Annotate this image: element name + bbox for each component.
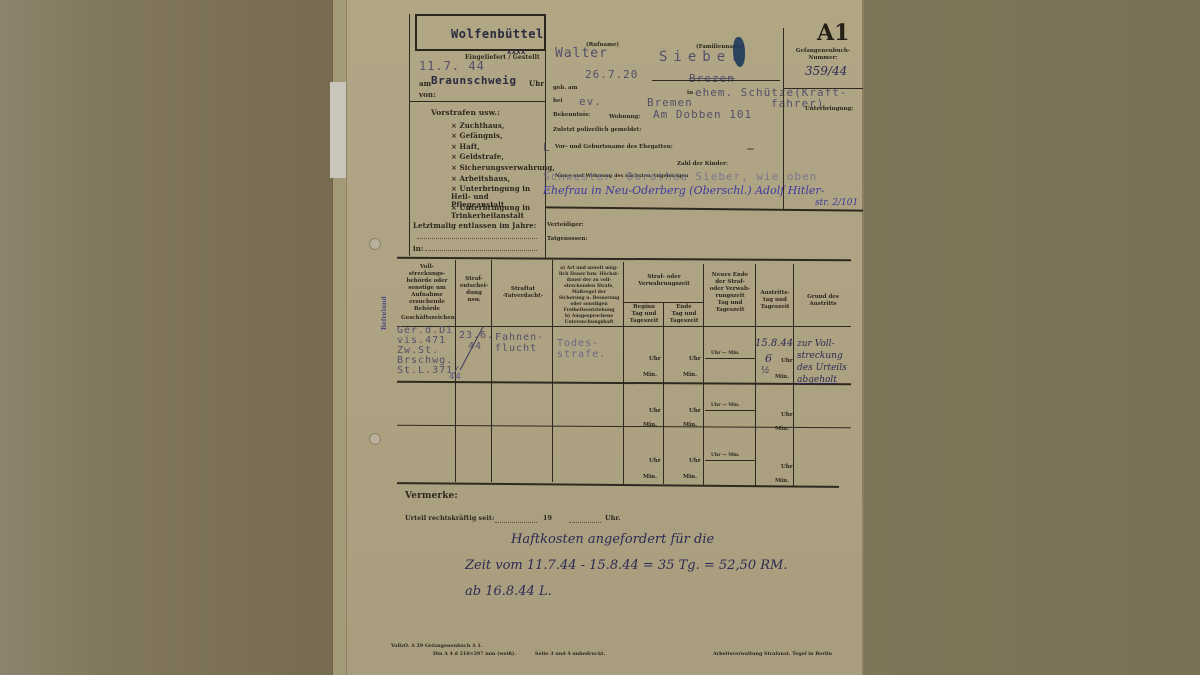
from-place: Braunschweig: [431, 74, 516, 87]
next-of-kin-suffix: str. 2/101: [815, 198, 858, 208]
prior-item: × Gefängnis,: [451, 131, 503, 140]
col-divider: [491, 260, 492, 482]
uhr-label: Uhr: [529, 79, 544, 88]
divider: [409, 101, 545, 102]
subheader-rule: [623, 302, 703, 303]
religion-label: Bekenntnis:: [553, 112, 590, 119]
remarks-handwritten-1: Haftkosten angefordert für die: [511, 532, 714, 547]
prior-title: Vorstrafen usw.:: [431, 108, 500, 117]
typed-mark: XXXX: [507, 48, 526, 56]
uhr-label: Uhr: [781, 412, 793, 419]
col-exit-header: Austritts-tag undTageszeit: [757, 290, 793, 311]
background-right: [866, 0, 1200, 675]
min-label: Min.: [643, 474, 657, 481]
book-number: 359/44: [805, 64, 847, 78]
next-of-kin-typed: Schwester: Dorothea Sieber, wie oben: [543, 170, 817, 183]
uhr-label: Uhr: [689, 356, 701, 363]
row1-authority: Ger.d.Divis.471Zw.St.Brschwg.St.L.371/: [397, 326, 460, 376]
divider: [545, 51, 546, 259]
underline: [652, 80, 780, 81]
last-released-label: Letztmalig entlassen im Jahre:: [413, 221, 536, 230]
prior-item: × Zuchthaus,: [451, 121, 504, 130]
bei-label: bei: [553, 98, 562, 105]
subrow-rule: [705, 410, 755, 411]
table-top-rule: [397, 257, 851, 261]
col-divider: [703, 264, 704, 486]
row1-exit-date: 15.8.44: [755, 338, 793, 349]
remarks-handwritten-3: ab 16.8.44 L.: [465, 584, 552, 599]
new-end-uhr-min: Uhr — Min.: [711, 402, 740, 409]
uhr-label: Uhr: [649, 408, 661, 415]
col-decision-header: Straf-entschei-dungusw.: [457, 276, 491, 304]
col-term-header: Straf- oderVerwahrungszeit: [625, 274, 703, 288]
prior-item: × Sicherungsverwahrung,: [451, 163, 555, 172]
col-term-end-header: EndeTag undTageszeit: [665, 304, 703, 325]
divider: [783, 88, 863, 89]
prior-item: × Unterbringung in Trinkerheilanstalt: [451, 204, 543, 220]
defender-label: Verteidiger:: [547, 222, 584, 229]
footer-right: Arbeitsverwaltung Strafanst. Tegel in Be…: [713, 651, 832, 658]
children-label: Zahl der Kinder:: [677, 161, 728, 168]
residence-label: Wohnung:: [609, 114, 640, 121]
table-bottom-rule: [397, 482, 839, 488]
row1-authority-suffix: 44: [449, 372, 462, 382]
last-registered-label: Zuletzt polizeilich gemeldet:: [553, 127, 641, 134]
verdict-label: Urteil rechtskräftig seit:: [405, 515, 494, 522]
in-label: in:: [413, 244, 424, 253]
min-label: Min.: [683, 422, 697, 429]
prior-item: × Arbeitshaus,: [451, 174, 510, 183]
am-label: am: [419, 79, 431, 88]
row1-exit-hour: 6: [765, 352, 772, 365]
blank-line: [495, 522, 537, 523]
marital-label: Vor- und Geburtsname des Ehegatten:: [555, 144, 673, 151]
min-label: Min.: [775, 374, 789, 381]
col-divider: [755, 264, 756, 486]
admitted-label: Eingeliefert / Gestellt: [465, 54, 540, 61]
birth-date: 26.7.20: [585, 68, 638, 81]
col-divider: [663, 302, 664, 484]
row1-exit-reason: zur Voll-streckungdes Urteilsabgeholt: [797, 338, 847, 386]
year-prefix: 19: [543, 515, 552, 522]
new-end-uhr-min: Uhr — Min.: [711, 350, 740, 357]
col-new-end-header: Neues Endeder Straf-oder Verwah-rungszei…: [705, 272, 755, 314]
subrow-rule: [705, 460, 755, 461]
divider: [409, 14, 410, 256]
religion: ev.: [579, 95, 602, 108]
col-sentence-header: a) Art und soweit mög-lich Dauer bzw. Hö…: [555, 266, 623, 326]
punch-hole: [369, 238, 381, 250]
birth-label: geb. am: [553, 85, 577, 92]
blank-line: [569, 522, 601, 523]
uhr-label: Uhr: [781, 358, 793, 365]
form-code: A1: [817, 20, 849, 46]
side-stamp: Befreiund: [381, 296, 388, 330]
blank-line: [425, 250, 537, 251]
divider: [783, 28, 784, 210]
book-number-label: Gefangenenbuch-Nummer:: [787, 48, 859, 62]
placement-label: Unterbringung:: [805, 106, 853, 113]
min-label: Min.: [775, 426, 789, 433]
marital-value: —: [747, 144, 754, 153]
marital-prefix: L: [543, 141, 551, 154]
blank-line: [417, 238, 537, 239]
row1-sentence: Todes-strafe.: [557, 338, 606, 360]
prior-item: × Geldstrafe,: [451, 152, 504, 161]
punch-hole: [369, 433, 381, 445]
uhr-label: Uhr: [689, 408, 701, 415]
col-divider: [552, 260, 553, 482]
min-label: Min.: [775, 478, 789, 485]
uhr-label: Uhr: [649, 356, 661, 363]
col-divider: [793, 264, 794, 486]
uhr-label: Uhr: [781, 464, 793, 471]
row1-exit-min: ½: [761, 366, 770, 376]
new-end-uhr-min: Uhr — Min.: [711, 452, 740, 459]
birth-place: Brezen: [689, 72, 735, 85]
remarks-title: Vermerke:: [405, 491, 458, 501]
row-rule: [397, 381, 851, 385]
col-term-begin-header: BeginnTag undTageszeit: [625, 304, 663, 325]
accomplices-label: Tatgenossen:: [547, 236, 587, 243]
footer-left-1: VollzO. A 29 Gefangenenbuch A 1.: [391, 643, 482, 650]
admitted-date: 11.7. 44: [419, 59, 485, 73]
min-label: Min.: [643, 372, 657, 379]
footer-middle: Seite 3 und 4 unbedruckt.: [535, 651, 605, 658]
footer-left-2: Din A 4 d 210×297 mm (weiß).: [433, 651, 516, 658]
col-authority-header: Voll-streckungs-behörde odersonstige umA…: [401, 264, 453, 322]
col-offense-header: Straftat-Tatverdacht-: [495, 286, 551, 300]
min-label: Min.: [683, 372, 697, 379]
address: Am Dobben 101: [653, 108, 752, 121]
remarks-handwritten-2: Zeit vom 11.7.44 - 15.8.44 = 35 Tg. = 52…: [465, 558, 787, 573]
uhr-label: Uhr: [649, 458, 661, 465]
first-name: Walter: [555, 46, 608, 61]
uhr-label: Uhr: [689, 458, 701, 465]
ink-blot: [733, 37, 745, 67]
table-header-rule: [397, 326, 851, 327]
col-reason-header: Grund desAustritts: [795, 294, 851, 308]
from-label: von:: [419, 90, 436, 99]
institution-name: Wolfenbüttel: [451, 27, 544, 41]
col-divider: [623, 262, 624, 484]
min-label: Min.: [643, 422, 657, 429]
subrow-rule: [705, 358, 755, 359]
form-page: Wolfenbüttel 11.7. 44 Eingeliefert / Ges…: [346, 0, 864, 675]
background-left: [0, 0, 332, 675]
row1-offense: Fahnen-flucht: [495, 332, 544, 354]
prior-item: × Haft,: [451, 142, 480, 151]
min-label: Min.: [683, 474, 697, 481]
time-suffix: Uhr.: [605, 515, 621, 522]
